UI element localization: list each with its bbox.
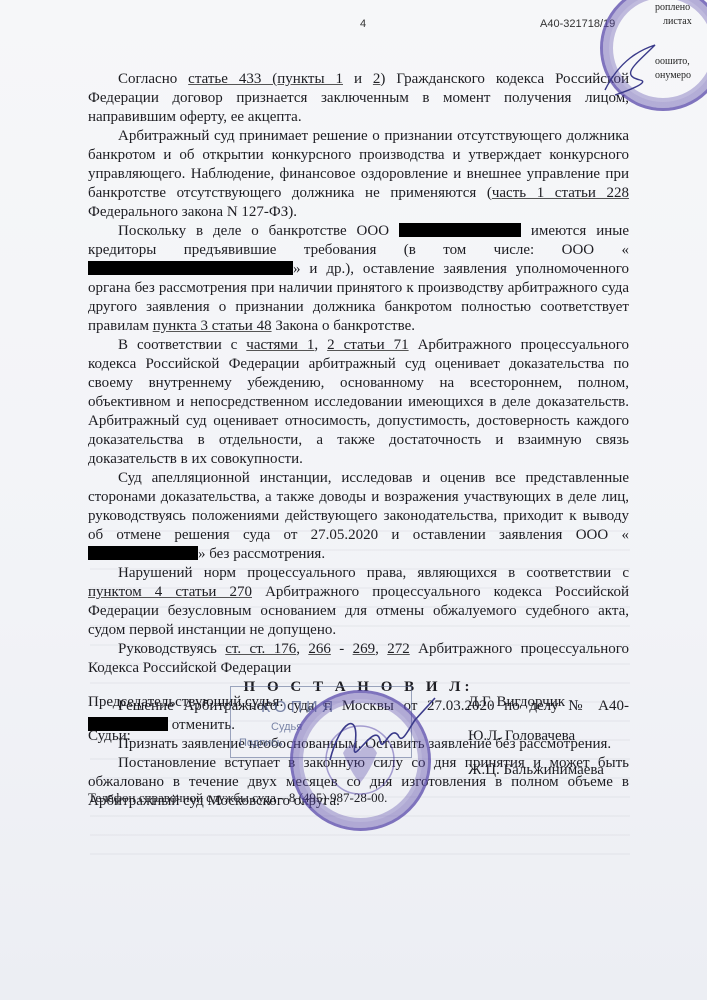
text: » без рассмотрения. [198, 546, 325, 562]
judge-name: Ю.Л. Головачева [468, 728, 575, 745]
law-link[interactable]: часть 1 статьи 228 [492, 185, 629, 201]
redaction-block [399, 223, 521, 237]
redaction-block [88, 261, 293, 275]
paragraph-1: Согласно статье 433 (пункты 1 и 2) Гражд… [88, 70, 629, 127]
signature-label: Подпись [239, 737, 283, 749]
text: Суд апелляционной инстанции, исследовав … [88, 470, 629, 543]
presiding-judge-name: Д.Г. Вигдорчик [468, 694, 565, 711]
text: и [343, 71, 373, 87]
page-number: 4 [360, 18, 366, 30]
presiding-judge-label: Председательствующий судья: [88, 694, 284, 711]
paragraph-4: В соответствии с частями 1, 2 статьи 71 … [88, 336, 629, 469]
paragraph-6: Нарушений норм процессуального права, яв… [88, 564, 629, 640]
text: Арбитражного процессуального кодекса Рос… [88, 337, 629, 467]
margin-note-line: листах [663, 16, 692, 27]
paragraph-5: Суд апелляционной инстанции, исследовав … [88, 469, 629, 564]
law-link[interactable]: 269 [353, 641, 376, 657]
paragraph-7: Руководствуясь ст. ст. 176, 266 - 269, 2… [88, 640, 629, 678]
redaction-block [88, 546, 198, 560]
margin-note-line: онумеро [655, 70, 691, 81]
text: отменить. [168, 717, 235, 733]
text: Руководствуясь [118, 641, 225, 657]
document-page: 4 А40-321718/19 Согласно статье 433 (пун… [0, 0, 707, 1000]
law-link[interactable]: 2 статьи 71 [327, 337, 409, 353]
text: Поскольку в деле о банкротстве ООО [118, 223, 399, 239]
text: Федерального закона N 127-ФЗ). [88, 204, 297, 220]
judge-name: Ж.Ц. Бальжинимаева [468, 762, 604, 779]
judge-signature-icon [320, 690, 440, 780]
text: , [296, 641, 308, 657]
law-link[interactable]: 266 [308, 641, 331, 657]
text: , [314, 337, 327, 353]
text: , [375, 641, 387, 657]
text: В соответствии с [118, 337, 246, 353]
text: Согласно [118, 71, 188, 87]
judges-label: Судьи: [88, 728, 131, 745]
law-link[interactable]: статье 433 (пункты 1 [188, 71, 343, 87]
text: - [331, 641, 353, 657]
law-link[interactable]: 272 [387, 641, 410, 657]
law-link[interactable]: пункта 3 статьи 48 [153, 318, 272, 334]
margin-note-line: оошито, [655, 56, 690, 67]
law-link[interactable]: пунктом 4 статьи 270 [88, 584, 252, 600]
paragraph-2: Арбитражный суд принимает решение о приз… [88, 127, 629, 222]
margin-note-line: роплено [655, 2, 690, 13]
law-link[interactable]: ст. ст. 176 [225, 641, 296, 657]
paragraph-3: Поскольку в деле о банкротстве ООО имеют… [88, 222, 629, 336]
text: Закона о банкротстве. [272, 318, 415, 334]
text: Нарушений норм процессуального права, яв… [118, 565, 629, 581]
law-link[interactable]: частями 1 [246, 337, 314, 353]
